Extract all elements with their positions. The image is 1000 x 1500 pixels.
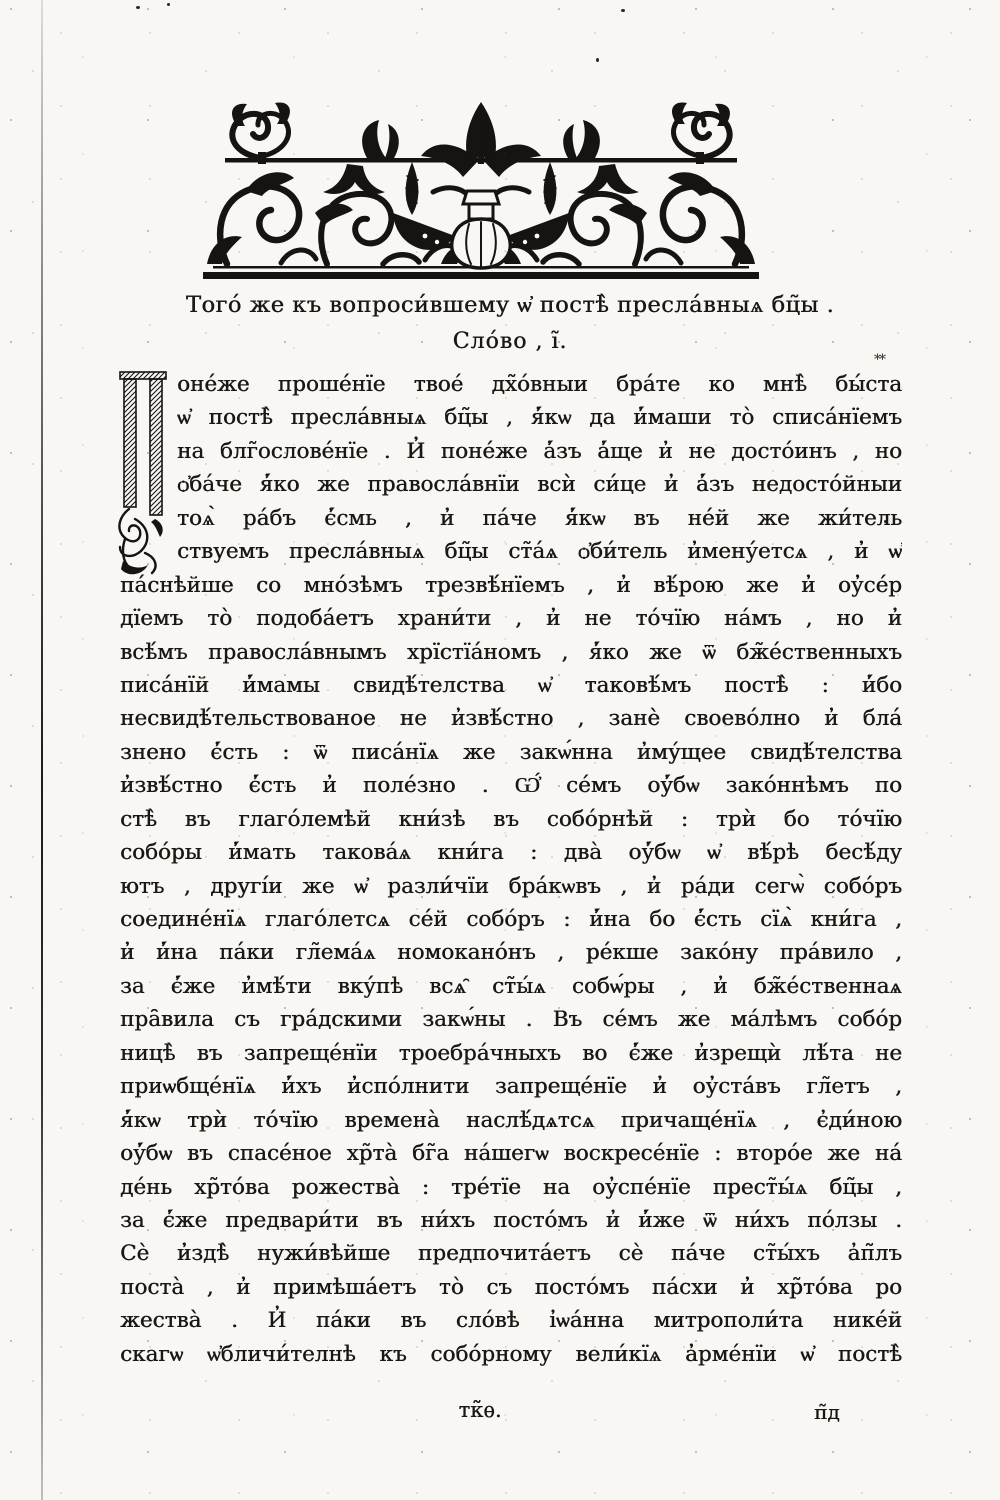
quire-signature: п̃д [814,1400,840,1424]
page-scan: { "colors": { "ink": "#1b1714", "paper":… [0,0,1000,1500]
text-line: писа́нїй и̓́мамы свидѣ́телства ѡ̓ таковѣ… [120,669,902,702]
scan-speck [136,6,140,9]
text-line: скагѡ ѡ̓бличи́телнѣ къ собо́рному вели́к… [120,1338,902,1371]
text-line: жества̀ . И̓ па́ки въ сло́вѣ і̓ѡа́нна ми… [120,1304,902,1337]
text-line: па́снѣйше со мно́зѣмъ трезвѣ́нїемъ , и̓ … [120,569,902,602]
text-line: соедине́нїѧ глаго́летсѧ се́й собо́ръ : и… [120,903,902,936]
text-line: знено є̓́сть : ѿ писа́нїѧ же закѡ́нна и̓… [120,736,902,769]
text-line: я̓́кѡ трѝ то́чїю времена̀ наслѣ́дѧтсѧ пр… [120,1104,902,1137]
headpiece-ornament [197,96,765,286]
title-line: Того́ же къ вопроси́вшему ѡ̓ постѣ̀ прес… [110,292,910,318]
text-line: несвидѣ́тельствованое не и̓звѣ́стно , за… [120,702,902,735]
text-line: и̓ и̓́на па́ки гл̃ема́ѧ номокано́нъ , ре… [120,936,902,969]
scan-gutter-line [41,0,43,1500]
text-line: пра̑вила съ гра́дскими закѡ́ны . Въ се́м… [120,1003,902,1036]
body-text: оне́же проше́нїе твое́ дх̃о́вныи бра́те … [120,368,902,1371]
scan-speck [167,3,170,6]
text-line: на блг̃ослове́нїе . И̓ поне́же а̓́зъ а̓́… [120,435,902,468]
text-line: ницѣ̀ въ запреще́нїи троебра́чныхъ во є̓… [120,1037,902,1070]
text-line: де́нь хр̃то́ва рожества̀ : тре́тїе на оу… [120,1171,902,1204]
text-line: всѣ́мъ правосла́внымъ хрїстїа́номъ , я̓́… [120,636,902,669]
text-line: приѡбще́нїѧ и̓́хъ и̓спо́лнити запреще́нї… [120,1070,902,1103]
text-line: оне́же проше́нїе твое́ дх̃о́вныи бра́те … [120,368,902,401]
scan-speck [596,58,599,62]
text-line: и̓звѣ́стно є̓́сть и̓ поле́зно . Ѡ̓́ се́м… [120,769,902,802]
text-line: собо́ры и̓́мать такова́ѧ кни́га : два̀ о… [120,836,902,869]
text-line: за є̓́же предвари́ти въ ни́хъ посто́мъ и… [120,1204,902,1237]
text-line: дїемъ то̀ подоба́етъ храни́ти , и̓ не то… [120,602,902,635]
scan-speck [621,9,625,12]
text-line: ствуемъ пресла́вныѧ бц̃ы ст̃а́ѧ ѻ̓би́тел… [120,535,902,568]
text-line: ютъ , другі́и же ѡ̓ разли́чїи бра́кѡвъ ,… [120,870,902,903]
text-line: тоѧ̀ ра́бъ є̓́смь , и̓ па́че я̓́кѡ въ не… [120,502,902,535]
text-line: ѻ̓ба́че я̓́ко же правосла́внїи всѝ си́це… [120,468,902,501]
page-number-center: тк̃ѳ. [425,1398,535,1422]
text-line: стѣ̀ въ глаго́лемѣй кни́зѣ въ собо́рнѣй … [120,803,902,836]
text-line: поста̀ , и̓ примѣша́етъ то̀ съ посто́мъ … [120,1271,902,1304]
footnote-mark: ** [874,352,884,368]
text-line: за є̓́же и̓мѣ́ти вку́пѣ всѧ̑ ст̃ы́ѧ собѡ… [120,970,902,1003]
text-line: оу̓́бѡ въ спасе́ное хр̃та̀ бг̃а на́шегѡ … [120,1137,902,1170]
section-heading: Сло́во , і̃. [110,329,910,354]
text-line: Сѐ и̓здѣ̀ нужи́вѣйше предпочита́етъ сѐ п… [120,1237,902,1270]
text-line: ѡ̓ постѣ̀ пресла́вныѧ бц̃ы , я̓́кѡ да и̓… [120,401,902,434]
